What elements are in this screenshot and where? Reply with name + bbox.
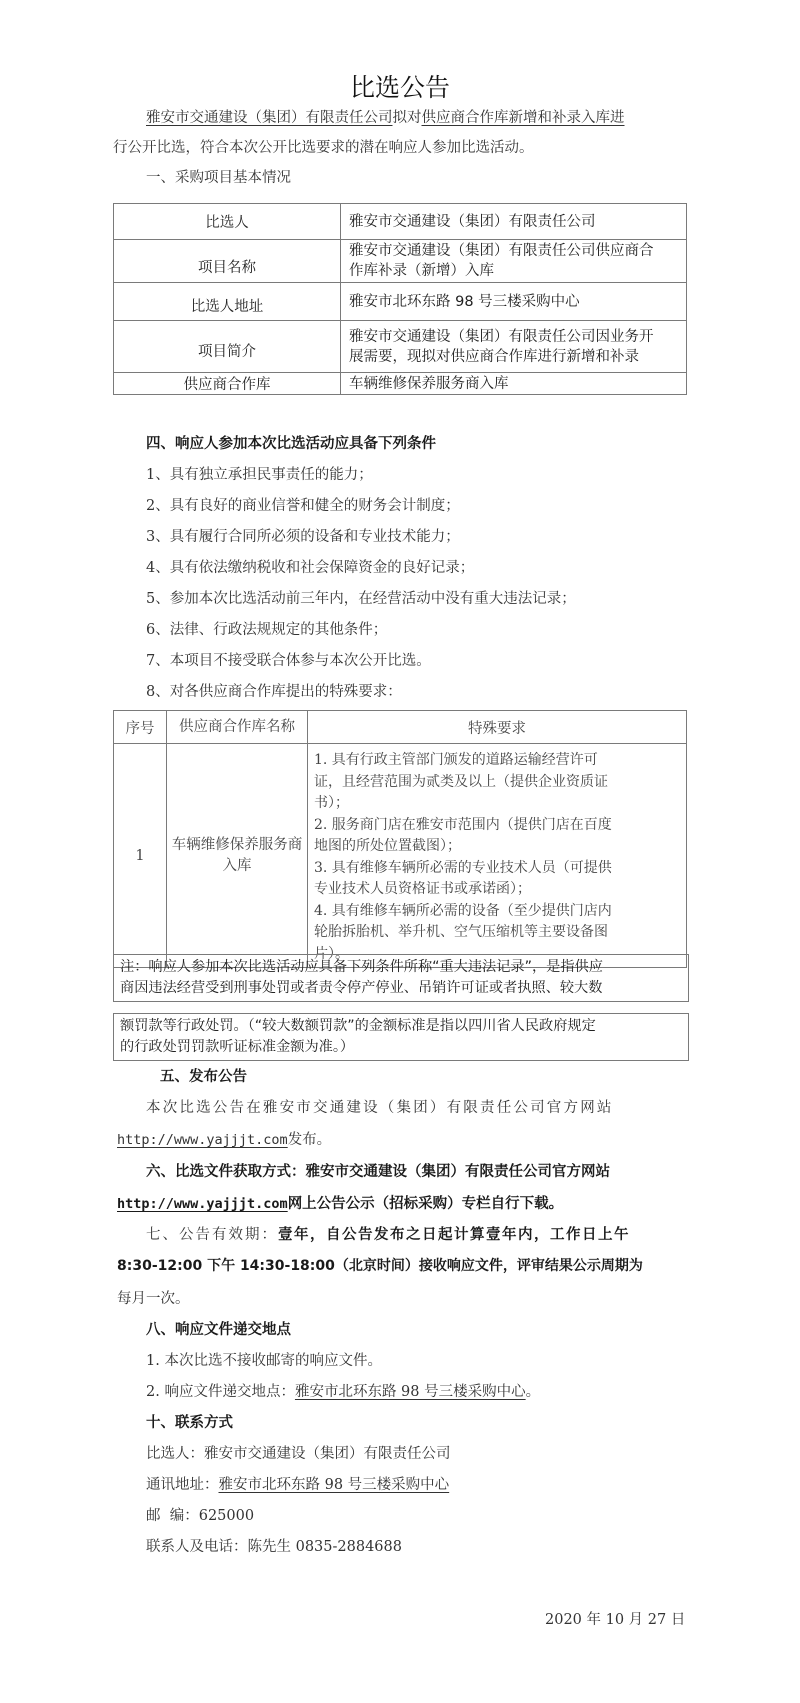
table-key: 项目名称 bbox=[114, 240, 341, 283]
page-title: 比选公告 bbox=[0, 68, 800, 104]
table-row: 项目简介 雅安市交通建设（集团）有限责任公司因业务开展需要，现拟对供应商合作库进… bbox=[114, 321, 687, 373]
section7-line2: 8:30-12:00 下午 14:30-18:00（北京时间）接收响应文件，评审… bbox=[117, 1255, 643, 1275]
intro-connector: 拟对 bbox=[393, 110, 422, 126]
table-key: 比选人 bbox=[114, 204, 341, 240]
section5-line2: http://www.yajjjt.com发布。 bbox=[117, 1128, 331, 1149]
item2-suffix: 。 bbox=[526, 1384, 541, 1400]
section7-prefix: 七、公告有效期： bbox=[146, 1227, 278, 1243]
intro-line-2: 行公开比选，符合本次公开比选要求的潜在响应人参加比选活动。 bbox=[113, 136, 534, 157]
contact-bidder: 比选人：雅安市交通建设（集团）有限责任公司 bbox=[146, 1442, 451, 1463]
condition-item: 7、本项目不接受联合体参与本次公开比选。 bbox=[146, 649, 431, 670]
table-key: 供应商合作库 bbox=[114, 373, 341, 395]
condition-item: 1、具有独立承担民事责任的能力； bbox=[146, 463, 373, 484]
table-row: 供应商合作库 车辆维修保养服务商入库 bbox=[114, 373, 687, 395]
website-link[interactable]: http://www.yajjjt.com bbox=[117, 1196, 288, 1212]
section7-line1: 七、公告有效期：壹年，自公告发布之日起计算壹年内，工作日上午 bbox=[146, 1223, 630, 1244]
table-row: 比选人 雅安市交通建设（集团）有限责任公司 bbox=[114, 204, 687, 240]
table-value: 雅安市交通建设（集团）有限责任公司 bbox=[341, 204, 687, 240]
website-link[interactable]: http://www.yajjjt.com bbox=[117, 1132, 288, 1148]
header-name: 供应商合作库名称 bbox=[167, 711, 308, 744]
row-name: 车辆维修保养服务商 入库 bbox=[167, 744, 308, 968]
section5-suffix: 发布。 bbox=[288, 1132, 332, 1148]
address-label: 通讯地址： bbox=[146, 1477, 219, 1493]
section8-item1: 1. 本次比选不接收邮寄的响应文件。 bbox=[146, 1349, 382, 1370]
section8-item2: 2. 响应文件递交地点：雅安市北环东路 98 号三楼采购中心。 bbox=[146, 1380, 540, 1401]
condition-item: 5、参加本次比选活动前三年内，在经营活动中没有重大违法记录； bbox=[146, 587, 576, 608]
section4-heading: 四、响应人参加本次比选活动应具备下列条件 bbox=[146, 432, 436, 453]
contact-phone: 联系人及电话：陈先生 0835-2884688 bbox=[146, 1535, 402, 1556]
contact-postcode: 邮 编：625000 bbox=[146, 1504, 254, 1525]
table-value: 雅安市北环东路 98 号三楼采购中心 bbox=[341, 283, 687, 321]
intro-line-1: 雅安市交通建设（集团）有限责任公司拟对供应商合作库新增和补录入库进 bbox=[146, 106, 625, 127]
section5-line1: 本次比选公告在雅安市交通建设（集团）有限责任公司官方网站 bbox=[146, 1096, 614, 1117]
table-value: 雅安市交通建设（集团）有限责任公司供应商合作库补录（新增）入库 bbox=[341, 240, 687, 283]
intro-company: 雅安市交通建设（集团）有限责任公司 bbox=[146, 110, 393, 126]
intro-target: 供应商合作库新增和补录入库进 bbox=[422, 110, 625, 126]
note-box-part2: 额罚款等行政处罚。（“较大数额罚款”的金额标准是指以四川省人民政府规定 的行政处… bbox=[113, 1013, 689, 1061]
condition-item: 6、法律、行政法规规定的其他条件； bbox=[146, 618, 387, 639]
section10-heading: 十、联系方式 bbox=[146, 1411, 233, 1432]
section6-suffix: 网上公告公示（招标采购）专栏自行下载。 bbox=[288, 1196, 564, 1212]
special-requirements-table: 序号 供应商合作库名称 特殊要求 1 车辆维修保养服务商 入库 1. 具有行政主… bbox=[113, 710, 687, 968]
note-box-part1: 注：响应人参加本次比选活动应具备下列条件所称“重大违法记录”，是指供应 商因违法… bbox=[113, 954, 689, 1002]
row-no: 1 bbox=[114, 744, 167, 968]
table-header-row: 序号 供应商合作库名称 特殊要求 bbox=[114, 711, 687, 744]
section7-line3: 每月一次。 bbox=[117, 1287, 190, 1308]
table-row: 项目名称 雅安市交通建设（集团）有限责任公司供应商合作库补录（新增）入库 bbox=[114, 240, 687, 283]
table-value: 车辆维修保养服务商入库 bbox=[341, 373, 687, 395]
table-row: 比选人地址 雅安市北环东路 98 号三楼采购中心 bbox=[114, 283, 687, 321]
section1-heading: 一、采购项目基本情况 bbox=[146, 166, 291, 187]
project-info-table: 比选人 雅安市交通建设（集团）有限责任公司 项目名称 雅安市交通建设（集团）有限… bbox=[113, 203, 687, 395]
delivery-address: 雅安市北环东路 98 号三楼采购中心 bbox=[295, 1384, 526, 1400]
section6-line1: 六、比选文件获取方式：雅安市交通建设（集团）有限责任公司官方网站 bbox=[146, 1160, 610, 1181]
contact-address: 通讯地址：雅安市北环东路 98 号三楼采购中心 bbox=[146, 1473, 449, 1494]
section8-heading: 八、响应文件递交地点 bbox=[146, 1318, 291, 1339]
condition-item: 3、具有履行合同所必须的设备和专业技术能力； bbox=[146, 525, 460, 546]
table-row: 1 车辆维修保养服务商 入库 1. 具有行政主管部门颁发的道路运输经营许可 证，… bbox=[114, 744, 687, 968]
header-requirements: 特殊要求 bbox=[308, 711, 687, 744]
table-value: 雅安市交通建设（集团）有限责任公司因业务开展需要，现拟对供应商合作库进行新增和补… bbox=[341, 321, 687, 373]
address-value: 雅安市北环东路 98 号三楼采购中心 bbox=[219, 1477, 450, 1493]
header-no: 序号 bbox=[114, 711, 167, 744]
document-date: 2020 年 10 月 27 日 bbox=[545, 1608, 685, 1629]
section6-line2: http://www.yajjjt.com网上公告公示（招标采购）专栏自行下载。 bbox=[117, 1192, 563, 1213]
condition-item: 2、具有良好的商业信誉和健全的财务会计制度； bbox=[146, 494, 460, 515]
section7-rest: 壹年，自公告发布之日起计算壹年内，工作日上午 bbox=[278, 1227, 630, 1243]
row-requirements: 1. 具有行政主管部门颁发的道路运输经营许可 证，且经营范围为贰类及以上（提供企… bbox=[308, 744, 687, 968]
condition-item: 4、具有依法缴纳税收和社会保障资金的良好记录； bbox=[146, 556, 474, 577]
section5-heading: 五、发布公告 bbox=[160, 1065, 247, 1086]
table-key: 项目简介 bbox=[114, 321, 341, 373]
table-key: 比选人地址 bbox=[114, 283, 341, 321]
condition-item: 8、对各供应商合作库提出的特殊要求： bbox=[146, 680, 402, 701]
item2-prefix: 2. 响应文件递交地点： bbox=[146, 1384, 295, 1400]
